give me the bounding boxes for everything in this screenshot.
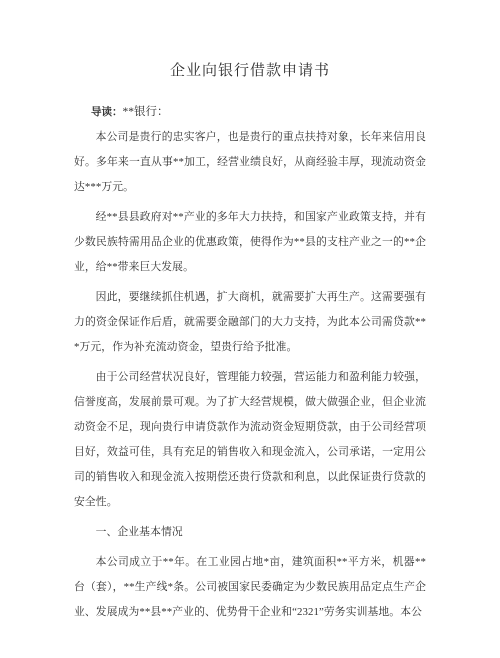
lead-label: 导读： [91,106,123,118]
paragraph-loan-request: 因此，要继续抓住机遇，扩大商机，就需要扩大再生产。这需要强有力的资金保证作后盾，… [74,285,426,360]
paragraph-intro: 本公司是贵行的忠实客户，也是贵行的重点扶持对象，长年来信用良好。多年来一直从事*… [74,125,426,200]
paragraph-repayment-promise: 由于公司经营状况良好，管理能力较强，营运能力和盈利能力较强，信誉度高，发展前景可… [74,365,426,515]
lead-addressee: **银行： [123,106,169,118]
paragraph-policy-support: 经**县县政府对**产业的多年大力扶持，和国家产业政策支持，并有少数民族特需用品… [74,205,426,280]
document-page: 企业向银行借款申请书 导读：**银行： 本公司是贵行的忠实客户，也是贵行的重点扶… [0,0,500,658]
document-title: 企业向银行借款申请书 [74,59,426,80]
lead-line: 导读：**银行： [74,103,426,121]
paragraph-company-profile: 本公司成立于**年。在工业园占地*亩，建筑面积**平方米，机器**台（套），**… [74,550,426,625]
section-heading-basic-info: 一、企业基本情况 [74,520,426,545]
